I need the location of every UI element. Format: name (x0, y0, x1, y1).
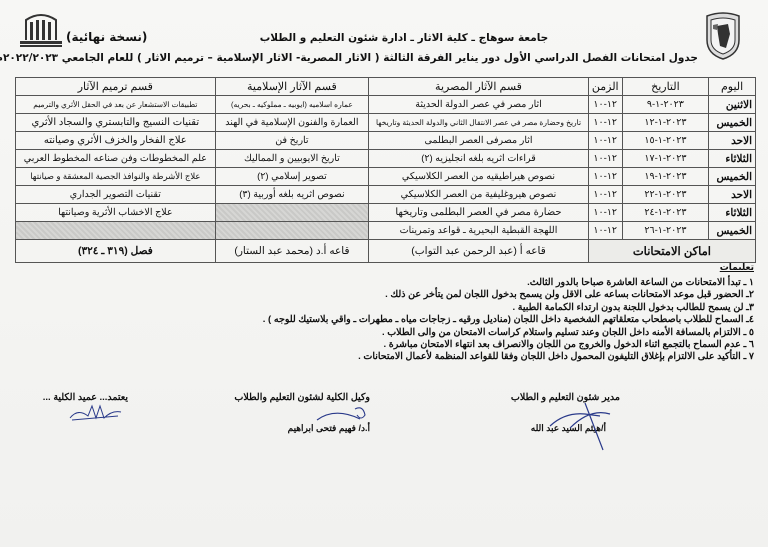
cell-islamic: تاريخ فن (215, 132, 368, 150)
cell-date: ٢٠٢٣-١-٩ (622, 96, 709, 114)
cell-egyptian: اثار مصرفى العصر البطلمى (369, 132, 589, 150)
cell-islamic: عماره اسلاميه (ايوبيه ـ مملوكيه ـ بحريه) (215, 96, 368, 114)
cell-date: ٢٠٢٣-١-١٢ (622, 114, 709, 132)
signature-title: وكيل الكلية لشئون التعليم والطلاب (234, 392, 370, 403)
cell-egyptian: نصوص هيراطيقيه من العصر الكلاسيكي (369, 168, 589, 186)
cell-day: الاثنين (709, 96, 756, 114)
cell-restoration: تقنيات النسيج والتابستري والسجاد الأثري (16, 114, 216, 132)
venue-islamic: قاعه أ.د (محمد عبد الستار) (215, 240, 368, 263)
table-header-row: اليوم التاريخ الزمن قسم الآثار المصرية ق… (16, 78, 756, 96)
cell-date: ٢٠٢٣-١-٢٢ (622, 186, 709, 204)
exam-schedule-document: (نسخة نهائية) جامعة سوهاج ـ كلية الاثار … (0, 0, 768, 547)
instruction-item: ٢ـ الحضور قبل موعد الامتحانات بساعه على … (263, 289, 754, 301)
cell-day: الخميس (709, 114, 756, 132)
cell-day: الثلاثاء (709, 150, 756, 168)
column-header-day: اليوم (709, 78, 756, 96)
cell-egyptian: نصوص هيروغليفية من العصر الكلاسيكي (369, 186, 589, 204)
cell-islamic: تصوير إسلامي (٢) (215, 168, 368, 186)
cell-restoration: علاج الأشرطة والنوافذ الجصية المعشقة و ص… (16, 168, 216, 186)
table-row: الثلاثاء ٢٠٢٣-١-١٧ ١٢-١٠ قراءات اثريه بل… (16, 150, 756, 168)
cell-time: ١٢-١٠ (588, 150, 622, 168)
signature-scrawl-icon (545, 398, 625, 453)
cell-day: الاحد (709, 132, 756, 150)
cell-islamic: تاريخ الايوبيين و المماليك (215, 150, 368, 168)
cell-restoration: علم المخطوطات وفن صناعه المخطوط العربي (16, 150, 216, 168)
dean-signature-date-icon (68, 404, 123, 422)
document-header-university: جامعة سوهاج ـ كلية الاثار ـ ادارة شئون ا… (0, 32, 768, 44)
document-title: جدول امتحانات الفصل الدراسي الأول دور ين… (108, 52, 698, 64)
cell-islamic-empty (215, 222, 368, 240)
cell-egyptian: اللهجة القبطية البحيرية ـ قواعد وتمرينات (369, 222, 589, 240)
cell-restoration: تقنيات التصوير الجداري (16, 186, 216, 204)
cell-restoration: تطبيقات الاستشعار عن بعد في الحقل الأثري… (16, 96, 216, 114)
cell-time: ١٢-١٠ (588, 132, 622, 150)
cell-date: ٢٠٢٣-١-١٧ (622, 150, 709, 168)
cell-restoration: علاج الفخار والخزف الأثري وصيانته (16, 132, 216, 150)
cell-date: ٢٠٢٣-١-١٥ (622, 132, 709, 150)
column-header-time: الزمن (588, 78, 622, 96)
faculty-logo-icon (18, 10, 64, 50)
cell-time: ١٢-١٠ (588, 186, 622, 204)
cell-day: الخميس (709, 222, 756, 240)
venues-row: اماكن الامتحانات قاعه أ (عبد الرحمن عبد … (16, 240, 756, 263)
cell-restoration: علاج الاخشاب الأثرية وصيانتها (16, 204, 216, 222)
cell-day: الثلاثاء (709, 204, 756, 222)
cell-time: ١٢-١٠ (588, 96, 622, 114)
instruction-item: ١ ـ تبدأ الامتحانات من الساعة العاشرة صب… (263, 277, 754, 289)
venue-egyptian: قاعه أ (عبد الرحمن عبد التواب) (369, 240, 589, 263)
cell-islamic-empty (215, 204, 368, 222)
cell-egyptian: تاريخ وحضارة مصر في عصر الانتقال الثاني … (369, 114, 589, 132)
cell-egyptian: حضارة مصر في العصر البطلمى وتاريخها (369, 204, 589, 222)
signature-title: يعتمد... عميد الكلية ... (43, 392, 128, 403)
instructions-list: ١ ـ تبدأ الامتحانات من الساعة العاشرة صب… (263, 277, 754, 364)
instruction-item: ٦ ـ عدم السماح بالتجمع اثناء الدخول والخ… (263, 339, 754, 351)
cell-day: الخميس (709, 168, 756, 186)
instruction-item: ٤ـ السماح للطلاب باصطحاب متعلقاتهم الشخص… (263, 314, 754, 326)
table-row: الخميس ٢٠٢٣-١-١٩ ١٢-١٠ نصوص هيراطيقيه من… (16, 168, 756, 186)
table-row: الاحد ٢٠٢٣-١-٢٢ ١٢-١٠ نصوص هيروغليفية من… (16, 186, 756, 204)
table-row: الثلاثاء ٢٠٢٣-١-٢٤ ١٢-١٠ حضارة مصر في ال… (16, 204, 756, 222)
signature-block-dean: يعتمد... عميد الكلية ... (43, 392, 128, 403)
cell-time: ١٢-١٠ (588, 204, 622, 222)
cell-egyptian: قراءات اثريه بلغه انجليزيه (٢) (369, 150, 589, 168)
table-row: الاحد ٢٠٢٣-١-١٥ ١٢-١٠ اثار مصرفى العصر ا… (16, 132, 756, 150)
cell-egyptian: اثار مصر في عصر الدولة الحديثة (369, 96, 589, 114)
column-header-date: التاريخ (622, 78, 709, 96)
table-row: الخميس ٢٠٢٣-١-٢٦ ١٢-١٠ اللهجة القبطية ال… (16, 222, 756, 240)
cell-time: ١٢-١٠ (588, 168, 622, 186)
cell-date: ٢٠٢٣-١-١٩ (622, 168, 709, 186)
venue-restoration: فصل (٣١٩ ـ ٣٢٤) (16, 240, 216, 263)
cell-time: ١٢-١٠ (588, 114, 622, 132)
instructions-title: تعليمات (720, 263, 754, 273)
instruction-item: ٣ـ لن يسمح للطالب بدخول اللجنة بدون ارتد… (263, 302, 754, 314)
table-row: الخميس ٢٠٢٣-١-١٢ ١٢-١٠ تاريخ وحضارة مصر … (16, 114, 756, 132)
cell-islamic: العمارة والفنون الإسلامية في الهند (215, 114, 368, 132)
column-header-islamic: قسم الآثار الإسلامية (215, 78, 368, 96)
cell-day: الاحد (709, 186, 756, 204)
column-header-restoration: قسم ترميم الآثار (16, 78, 216, 96)
signature-scrawl-icon (315, 405, 385, 425)
instruction-item: ٥ ـ الالتزام بالمسافة الأمنه داخل اللجان… (263, 327, 754, 339)
cell-restoration-empty (16, 222, 216, 240)
cell-time: ١٢-١٠ (588, 222, 622, 240)
column-header-egyptian: قسم الآثار المصرية (369, 78, 589, 96)
cell-date: ٢٠٢٣-١-٢٤ (622, 204, 709, 222)
exam-schedule-table: اليوم التاريخ الزمن قسم الآثار المصرية ق… (15, 77, 756, 263)
cell-date: ٢٠٢٣-١-٢٦ (622, 222, 709, 240)
table-row: الاثنين ٢٠٢٣-١-٩ ١٢-١٠ اثار مصر في عصر ا… (16, 96, 756, 114)
venues-label: اماكن الامتحانات (588, 240, 755, 263)
instruction-item: ٧ ـ التأكيد على الالتزام بإغلاق التليفون… (263, 351, 754, 363)
cell-islamic: نصوص اثريه بلغه أوربية (٣) (215, 186, 368, 204)
